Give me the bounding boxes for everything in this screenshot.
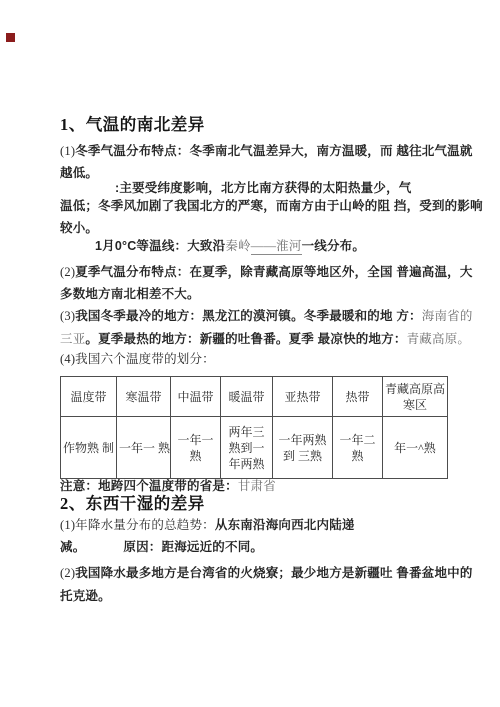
para-text: :主要受纬度影响，北方比南方获得的太阳热量少，气: [115, 181, 411, 195]
para-winter-temp-line1: (1)冬季气温分布特点：冬季南北气温差异大，南方温暖，而 越往北气温就: [60, 144, 473, 159]
para-text: 。夏季最热的地方：新疆的吐鲁番。夏季 最凉快的地方：: [85, 332, 406, 346]
para-summer-temp-line2: 多数地方南北相差不大。: [60, 287, 200, 302]
para-text: 在夏季，除青藏高原等地区外，全国 普遍高温，大: [190, 265, 473, 279]
answer-text: 秦岭: [225, 239, 250, 253]
para-rainfall-trend-line2: 减。原因：距海远近的不同。: [60, 540, 263, 555]
para-winter-temp-line2: 越低。: [60, 166, 98, 181]
para-text: 我国冬季最冷的地方：黑龙江的漠河镇。冬季最暖和的地 方：: [75, 309, 422, 323]
table-cell: 年一^熟: [383, 417, 448, 479]
table-cell: 一年二熟: [333, 417, 383, 479]
document-page: 1、气温的南北差异 (1)冬季气温分布特点：冬季南北气温差异大，南方温暖，而 越…: [0, 0, 500, 707]
section1-title: 1、气温的南北差异: [60, 115, 205, 135]
table-body-row: 作物熟 制 一年一 熟 一年一熟 两年三熟到一年两熟 一年两熟 到 三熟 一年二…: [61, 417, 448, 479]
table-cell: 两年三熟到一年两熟: [221, 417, 273, 479]
para-text: 托克逊。: [60, 589, 111, 603]
note-label: 注意：地跨四个温度带的省是：: [60, 479, 238, 493]
table-header-row: 温度带 寒温带 中温带 暖温带 亚热带 热带 青藏高原高寒区: [61, 377, 448, 417]
table-header-cell: 中温带: [171, 377, 221, 417]
note-line: 注意：地跨四个温度带的省是：甘肃省: [60, 479, 276, 494]
para-text: 我国降水最多地方是台湾省的火烧寮；最少地方是新疆吐 鲁番盆地中的: [75, 566, 472, 580]
answer-text-underlined: ——淮河: [251, 239, 302, 255]
table-cell: 作物熟 制: [61, 417, 117, 479]
item-number: (2): [60, 566, 75, 580]
red-marker: [6, 33, 15, 42]
reason-text: 原因：距海远近的不同。: [123, 540, 263, 554]
para-extremes-line1: (3)我国冬季最冷的地方：黑龙江的漠河镇。冬季最暖和的地 方：海南省的: [60, 309, 473, 324]
para-text: 温低；冬季风加剧了我国北方的严寒，而南方由于山岭的阻 挡，受到的影响: [60, 199, 483, 213]
para-isoline: 1月0°C等温线：大致沿秦岭——淮河一线分布。: [95, 239, 365, 254]
answer-text: 甘肃省: [238, 479, 276, 493]
para-text: 从东南沿海向西北内陆递: [215, 518, 355, 532]
para-rainfall-extremes-line2: 托克逊。: [60, 589, 111, 604]
para-text: 冬季南北气温差异大，南方温暖，而 越往北气温就: [190, 144, 473, 158]
table-header-cell: 热带: [333, 377, 383, 417]
para-label: 冬季气温分布特点：: [75, 144, 189, 158]
para-reason-line2: 温低；冬季风加剧了我国北方的严寒，而南方由于山岭的阻 挡，受到的影响: [60, 199, 483, 214]
para-text: 减。: [60, 540, 85, 554]
answer-text: 青藏高原。: [407, 332, 471, 346]
table-cell: 一年两熟 到 三熟: [273, 417, 333, 479]
para-temp-zones: (4)我国六个温度带的划分：: [60, 352, 215, 367]
para-label: (1)年降水量分布的总趋势：: [60, 518, 215, 532]
para-text: 多数地方南北相差不大。: [60, 287, 200, 301]
para-rainfall-extremes-line1: (2)我国降水最多地方是台湾省的火烧寮；最少地方是新疆吐 鲁番盆地中的: [60, 566, 473, 581]
para-text: (4)我国六个温度带的划分：: [60, 352, 215, 366]
para-text: 越低。: [60, 166, 98, 180]
isoline-tail: 一线分布。: [302, 239, 366, 253]
item-number: (2): [60, 265, 75, 279]
table-cell: 一年一熟: [171, 417, 221, 479]
table-header-cell: 亚热带: [273, 377, 333, 417]
answer-text: 海南省的: [422, 309, 473, 323]
section1-title-text: 1、气温的南北差异: [60, 115, 205, 134]
para-reason-line3: 较小。: [60, 221, 98, 236]
table-header-cell: 青藏高原高寒区: [383, 377, 448, 417]
para-summer-temp-line1: (2)夏季气温分布特点：在夏季，除青藏高原等地区外，全国 普遍高温，大: [60, 265, 473, 280]
item-number: (1): [60, 144, 75, 158]
table-cell: 一年一 熟: [117, 417, 171, 479]
para-reason-line1: :主要受纬度影响，北方比南方获得的太阳热量少，气: [115, 181, 411, 196]
table-header-cell: 寒温带: [117, 377, 171, 417]
isoline-label: 1月0°C等温线：大致沿: [95, 239, 225, 253]
section2-title-text: 2、东西干湿的差异: [60, 494, 205, 513]
answer-text: 三亚: [60, 332, 85, 346]
table-header-cell: 暖温带: [221, 377, 273, 417]
para-text: 较小。: [60, 221, 98, 235]
table-header-cell: 温度带: [61, 377, 117, 417]
para-extremes-line2: 三亚。夏季最热的地方：新疆的吐鲁番。夏季 最凉快的地方：青藏高原。: [60, 332, 470, 347]
para-rainfall-trend-line1: (1)年降水量分布的总趋势：从东南沿海向西北内陆递: [60, 518, 355, 533]
item-number: (3): [60, 309, 75, 323]
temperature-zones-table: 温度带 寒温带 中温带 暖温带 亚热带 热带 青藏高原高寒区 作物熟 制 一年一…: [60, 376, 448, 479]
section2-title: 2、东西干湿的差异: [60, 494, 205, 514]
para-label: 夏季气温分布特点：: [75, 265, 189, 279]
